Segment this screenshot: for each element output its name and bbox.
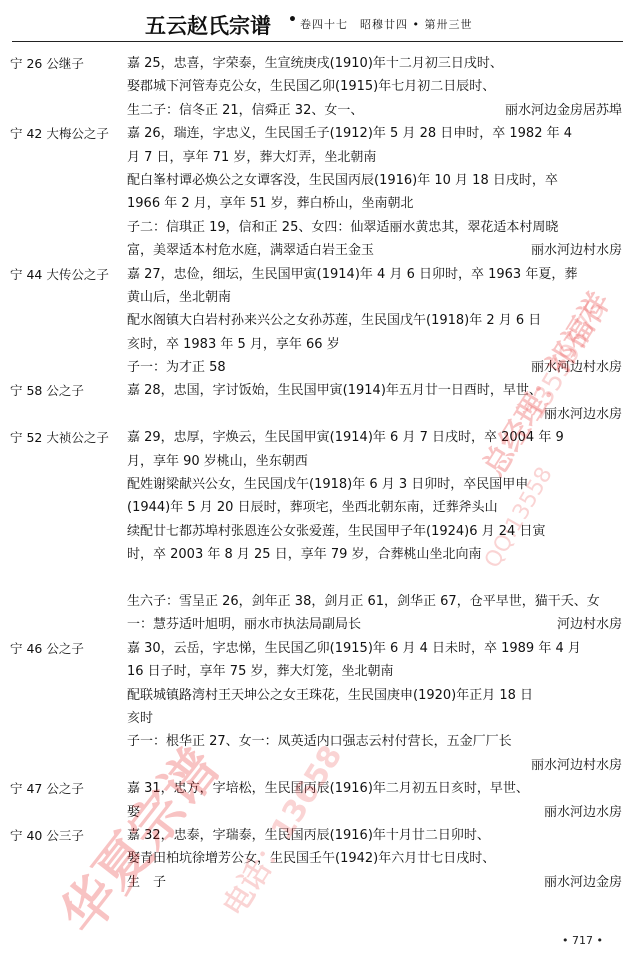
entry-line: 月，享年 90 岁桃山，坐东朝西 [0,450,635,473]
page-number: • 717 • [562,934,603,947]
entry-text: 配白峯村谭必焕公之女谭客没，生民国丙辰(1916)年 10 月 18 日戌时，卒 [127,169,622,192]
branch-location: 丽水河边金房居苏埠 [505,99,622,122]
entry-line: 亥时，卒 1983 年 5 月，享年 66 岁 [0,333,635,356]
genealogy-entry: 宁 26 公继子嘉 25，忠喜，字荣泰，生宣统庚戌(1910)年十二月初三日戌时… [0,52,635,122]
entry-line: 16 日子时，享年 75 岁，葬大灯笼，坐北朝南 [0,660,635,683]
entry-label: 宁 26 公继子 [10,52,122,75]
volume-subtitle: 卷四十七 昭穆廿四 • 第卅三世 [300,16,472,32]
entry-text: 娶青田柏坑徐增芳公女，生民国壬午(1942)年六月廿七日戌时、 [127,847,622,870]
entry-text: 续配廿七都苏埠村张恩连公女张爱莲，生民国甲子年(1924)6 月 24 日寅 [127,520,622,543]
entry-line: 娶郡城下河管寿克公女，生民国乙卯(1915)年七月初二日辰时、 [0,75,635,98]
entry-text: 嘉 28，忠国，字讨饭始，生民国甲寅(1914)年五月廿一日酉时，早世、 [127,379,622,402]
entry-text: 子一：根华正 27、女一：凤英适内口强志云村付营长，五金厂厂长 [127,730,622,753]
entry-line: 1966 年 2 月，享年 51 岁，葬白桥山，坐南朝北 [0,192,635,215]
entry-line: 丽水河边水房 [0,403,635,426]
genealogy-entry: 宁 42 大梅公之子嘉 26，瑞连，字忠义，生民国壬子(1912)年 5 月 2… [0,122,635,262]
entry-label: 宁 42 大梅公之子 [10,122,122,145]
entry-line: 宁 42 大梅公之子嘉 26，瑞连，字忠义，生民国壬子(1912)年 5 月 2… [0,122,635,145]
branch-location: 丽水河边金房 [544,871,622,894]
entry-text: (1944)年 5 月 20 日辰时，葬项宅，坐西北朝东南，迁葬斧头山 [127,496,622,519]
entry-line [0,567,635,590]
branch-location: 丽水河边村水房 [531,239,622,262]
entry-line: 配水阁镇大白岩村孙来兴公之女孙苏莲，生民国戊午(1918)年 2 月 6 日 [0,309,635,332]
entry-text: 子二：信琪正 19，信和正 25、女四：仙翠适丽水黄忠其，翠花适本村周晓 [127,216,622,239]
entry-text: 嘉 27，忠俭，细坛，生民国甲寅(1914)年 4 月 6 日卯时，卒 1963… [127,263,622,286]
entry-line: 子一：根华正 27、女一：凤英适内口强志云村付营长，五金厂厂长 [0,730,635,753]
entry-line: 配姓谢梁献兴公女，生民国戊午(1918)年 6 月 3 日卯时，卒民国甲申 [0,473,635,496]
entry-text: 配联城镇路湾村王天坤公之女王珠花，生民国庚申(1920)年正月 18 日 [127,684,622,707]
entry-line: 生六子：雪呈正 26，剑年正 38，剑月正 61，剑华正 67，仓平早世，猫干夭… [0,590,635,613]
entry-text: 亥时，卒 1983 年 5 月，享年 66 岁 [127,333,622,356]
entry-line: 宁 26 公继子嘉 25，忠喜，字荣泰，生宣统庚戌(1910)年十二月初三日戌时… [0,52,635,75]
entry-text: 配水阁镇大白岩村孙来兴公之女孙苏莲，生民国戊午(1918)年 2 月 6 日 [127,309,622,332]
entry-line: 子一：为才正 58丽水河边村水房 [0,356,635,379]
entry-line: 时，卒 2003 年 8 月 25 日，享年 79 岁，合葬桃山坐北向南 [0,543,635,566]
entry-text: 嘉 29，忠厚，字焕云，生民国甲寅(1914)年 6 月 7 日戌时，卒 200… [127,426,622,449]
entry-text: 黄山后，坐北朝南 [127,286,622,309]
genealogy-entry: 宁 44 大传公之子嘉 27，忠俭，细坛，生民国甲寅(1914)年 4 月 6 … [0,263,635,380]
branch-location: 丽水河边村水房 [531,754,622,777]
entry-text: 嘉 26，瑞连，字忠义，生民国壬子(1912)年 5 月 28 日申时，卒 19… [127,122,622,145]
entry-text: 嘉 25，忠喜，字荣泰，生宣统庚戌(1910)年十二月初三日戌时、 [127,52,622,75]
entry-label: 宁 40 公三子 [10,824,122,847]
entry-text: 月，享年 90 岁桃山，坐东朝西 [127,450,622,473]
entry-line: 月 7 日，享年 71 岁，葬大灯弄，坐北朝南 [0,146,635,169]
entry-line: 宁 52 大祯公之子嘉 29，忠厚，字焕云，生民国甲寅(1914)年 6 月 7… [0,426,635,449]
branch-location: 丽水河边水房 [544,801,622,824]
genealogy-entry: 宁 46 公之子嘉 30，云岳，字忠悌，生民国乙卯(1915)年 6 月 4 日… [0,637,635,777]
entry-line: 配联城镇路湾村王天坤公之女王珠花，生民国庚申(1920)年正月 18 日 [0,684,635,707]
entry-line: 子二：信琪正 19，信和正 25、女四：仙翠适丽水黄忠其，翠花适本村周晓 [0,216,635,239]
branch-location: 丽水河边村水房 [531,356,622,379]
genealogy-entry: 宁 58 公之子嘉 28，忠国，字讨饭始，生民国甲寅(1914)年五月廿一日酉时… [0,379,635,426]
entry-text: 一：慧芬适叶旭明，丽水市执法局副局长 [127,613,622,636]
entry-text: 时，卒 2003 年 8 月 25 日，享年 79 岁，合葬桃山坐北向南 [127,543,622,566]
entry-text: 配姓谢梁献兴公女，生民国戊午(1918)年 6 月 3 日卯时，卒民国甲申 [127,473,622,496]
entry-line: 娶青田柏坑徐增芳公女，生民国壬午(1942)年六月廿七日戌时、 [0,847,635,870]
entry-line: 配白峯村谭必焕公之女谭客没，生民国丙辰(1916)年 10 月 18 日戌时，卒 [0,169,635,192]
entry-line: 宁 47 公之子嘉 31，忠方，字培松，生民国丙辰(1916)年二月初五日亥时，… [0,777,635,800]
entry-text: 亥时 [127,707,622,730]
page-header: 五云赵氏宗谱 • 卷四十七 昭穆廿四 • 第卅三世 [0,0,635,41]
entry-text: 嘉 32，忠泰，字瑞泰，生民国丙辰(1916)年十月廿二日卯时、 [127,824,622,847]
entry-text: 月 7 日，享年 71 岁，葬大灯弄，坐北朝南 [127,146,622,169]
entries-list: 宁 26 公继子嘉 25，忠喜，字荣泰，生宣统庚戌(1910)年十二月初三日戌时… [0,52,635,894]
header-rule [12,41,623,42]
genealogy-entry: 宁 47 公之子嘉 31，忠方，字培松，生民国丙辰(1916)年二月初五日亥时，… [0,777,635,824]
genealogy-title: 五云赵氏宗谱 [145,10,271,40]
entry-label: 宁 52 大祯公之子 [10,426,122,449]
entry-line: 宁 44 大传公之子嘉 27，忠俭，细坛，生民国甲寅(1914)年 4 月 6 … [0,263,635,286]
entry-line: 宁 58 公之子嘉 28，忠国，字讨饭始，生民国甲寅(1914)年五月廿一日酉时… [0,379,635,402]
branch-location: 丽水河边水房 [544,403,622,426]
entry-line: 宁 40 公三子嘉 32，忠泰，字瑞泰，生民国丙辰(1916)年十月廿二日卯时、 [0,824,635,847]
entry-line: 亥时 [0,707,635,730]
entry-text: 16 日子时，享年 75 岁，葬大灯笼，坐北朝南 [127,660,622,683]
entry-label: 宁 46 公之子 [10,637,122,660]
entry-label: 宁 44 大传公之子 [10,263,122,286]
entry-label: 宁 58 公之子 [10,379,122,402]
entry-line: 宁 46 公之子嘉 30，云岳，字忠悌，生民国乙卯(1915)年 6 月 4 日… [0,637,635,660]
entry-line: 生 子丽水河边金房 [0,871,635,894]
genealogy-entry: 宁 52 大祯公之子嘉 29，忠厚，字焕云，生民国甲寅(1914)年 6 月 7… [0,426,635,637]
entry-line: 黄山后，坐北朝南 [0,286,635,309]
entry-text: 娶郡城下河管寿克公女，生民国乙卯(1915)年七月初二日辰时、 [127,75,622,98]
title-separator: • [288,12,297,28]
entry-line: 一：慧芬适叶旭明，丽水市执法局副局长河边村水房 [0,613,635,636]
entry-text: 嘉 31，忠方，字培松，生民国丙辰(1916)年二月初五日亥时，早世、 [127,777,622,800]
entry-line: 续配廿七都苏埠村张恩连公女张爱莲，生民国甲子年(1924)6 月 24 日寅 [0,520,635,543]
entry-text: 嘉 30，云岳，字忠悌，生民国乙卯(1915)年 6 月 4 日未时，卒 198… [127,637,622,660]
entry-line: 生二子：信冬正 21，信舜正 32、女一、丽水河边金房居苏埠 [0,99,635,122]
entry-label: 宁 47 公之子 [10,777,122,800]
branch-location: 河边村水房 [557,613,622,636]
entry-line: 丽水河边村水房 [0,754,635,777]
entry-line: 富，美翠适本村危水庭，满翠适白岩王金玉丽水河边村水房 [0,239,635,262]
entry-text: 生六子：雪呈正 26，剑年正 38，剑月正 61，剑华正 67，仓平早世，猫干夭… [127,590,622,613]
entry-line: 娶丽水河边水房 [0,801,635,824]
entry-text: 1966 年 2 月，享年 51 岁，葬白桥山，坐南朝北 [127,192,622,215]
genealogy-entry: 宁 40 公三子嘉 32，忠泰，字瑞泰，生民国丙辰(1916)年十月廿二日卯时、… [0,824,635,894]
entry-line: (1944)年 5 月 20 日辰时，葬项宅，坐西北朝东南，迁葬斧头山 [0,496,635,519]
